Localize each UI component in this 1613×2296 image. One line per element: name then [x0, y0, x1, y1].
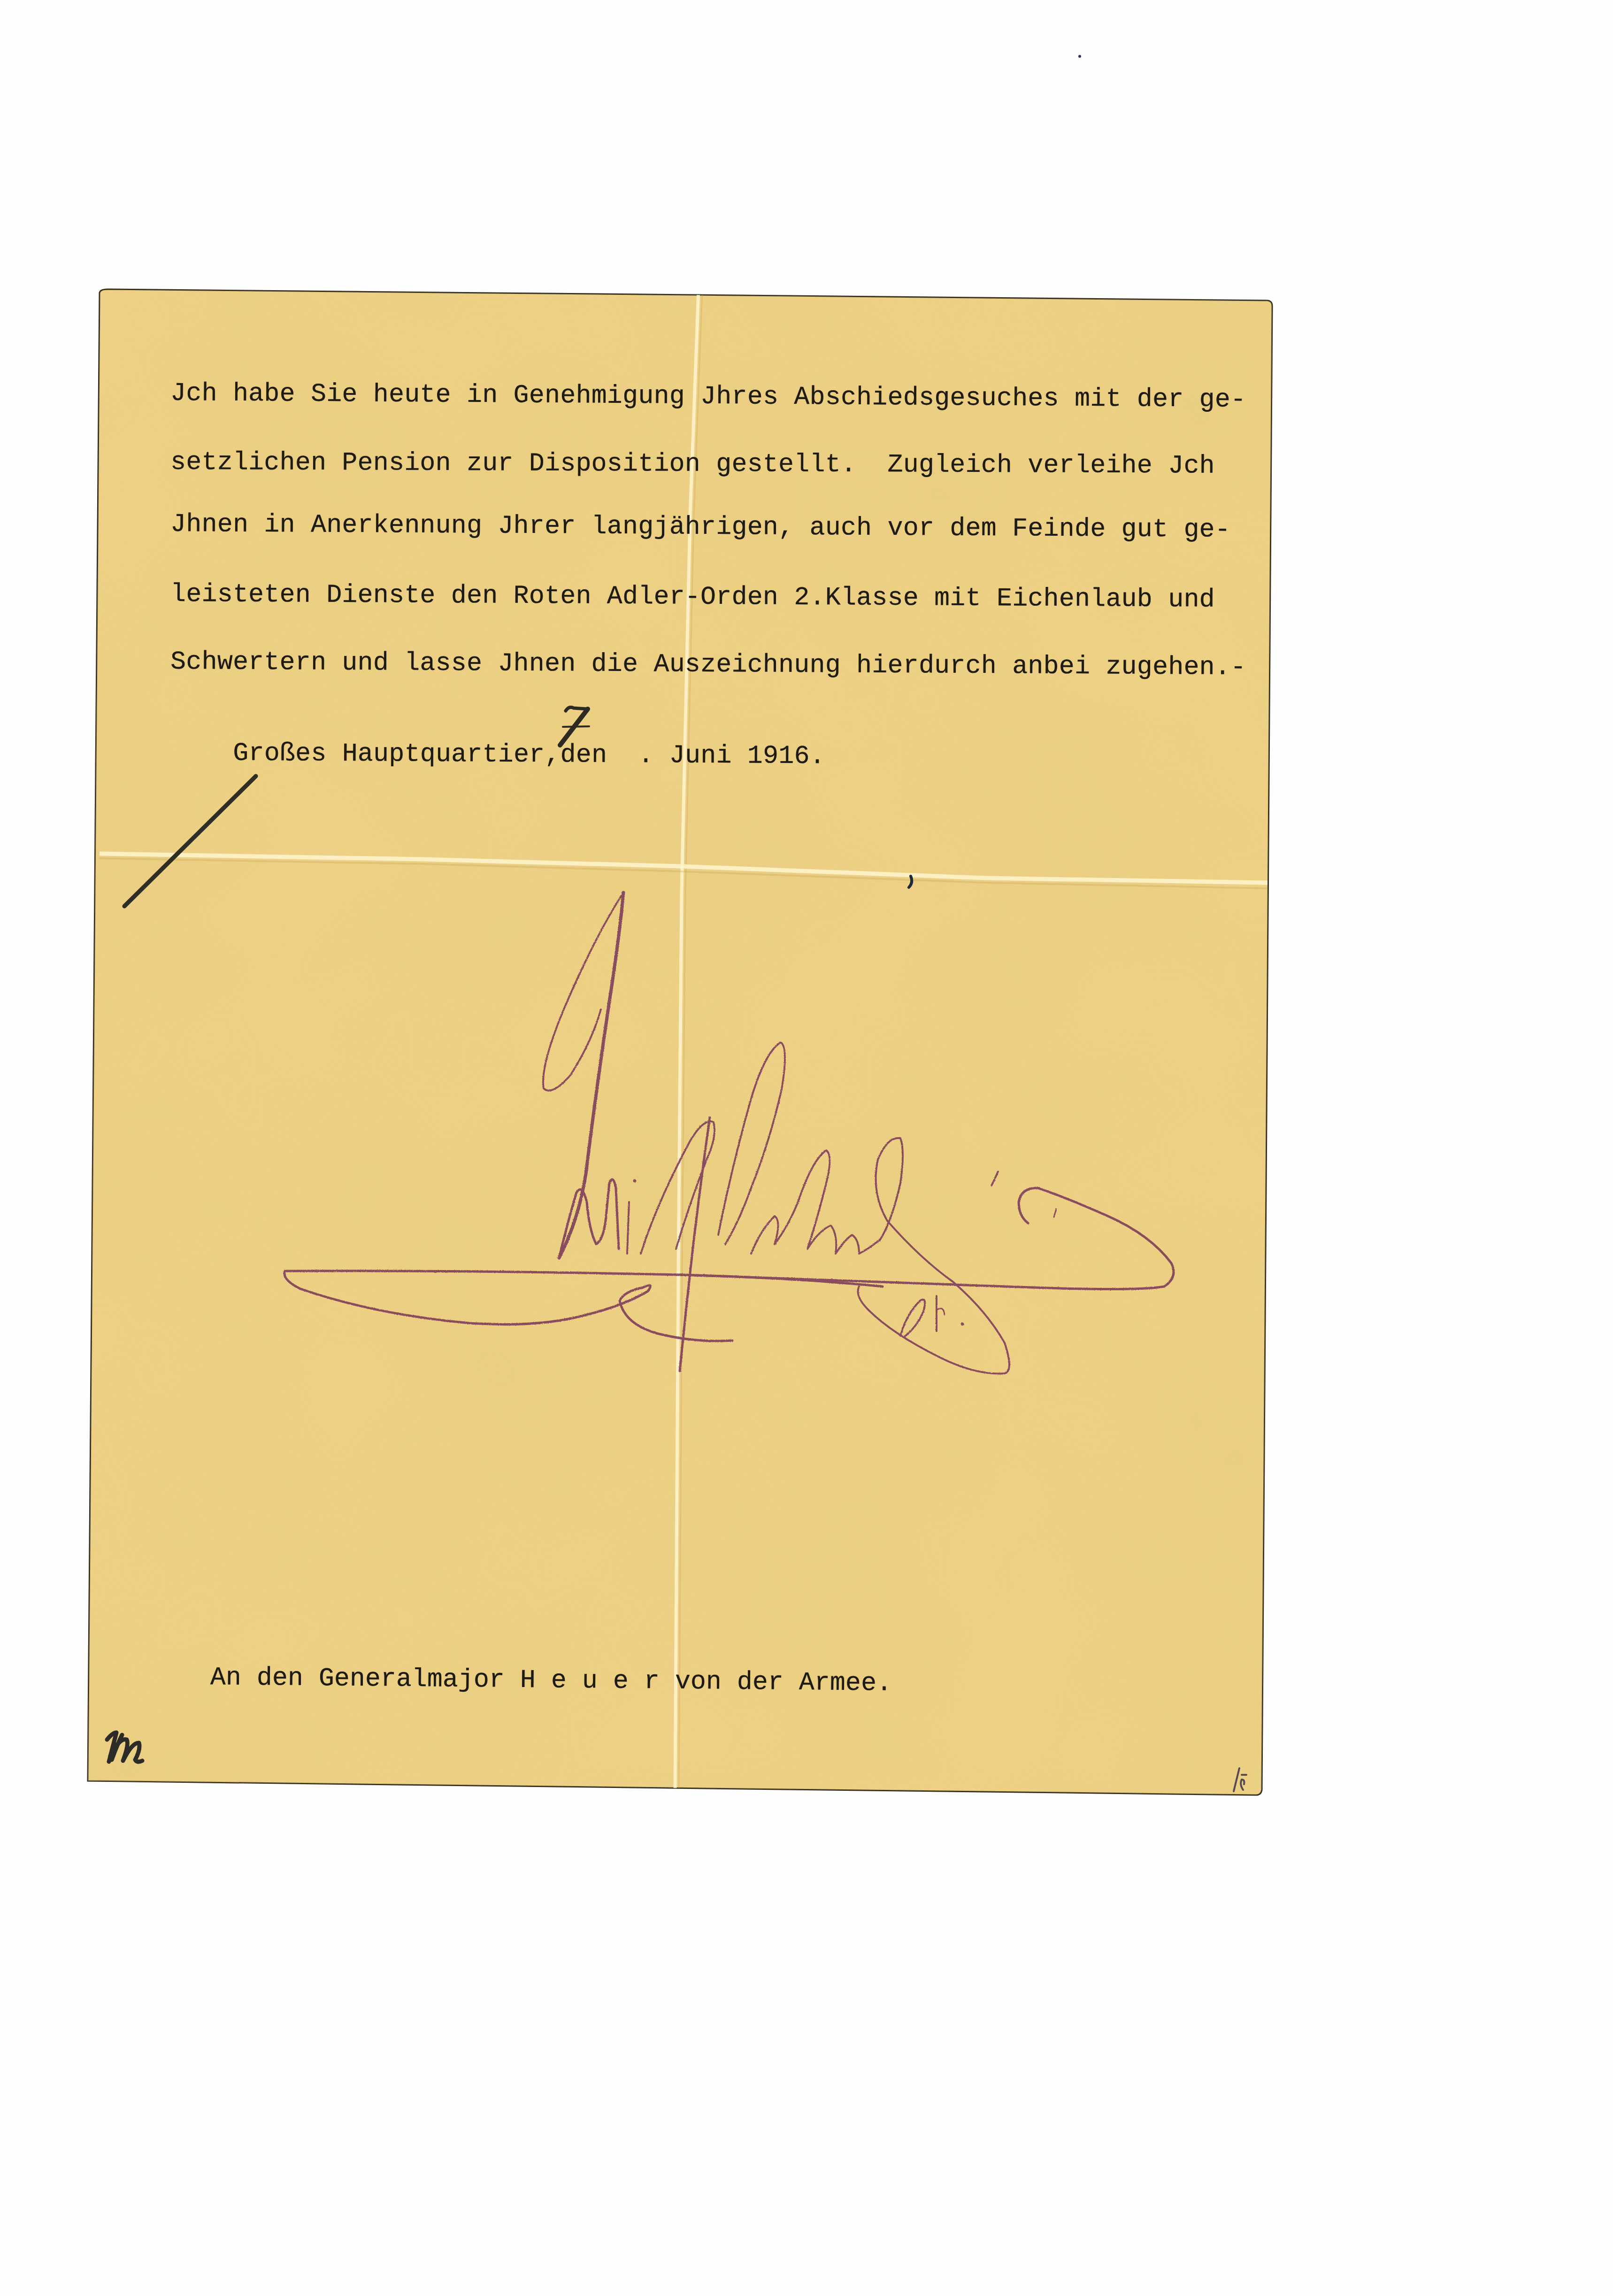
letter-sheet: Jch habe Sie heute in Genehmigung Jhres … [0, 0, 1613, 2296]
body-line-1: Jch habe Sie heute in Genehmigung Jhres … [170, 379, 1246, 414]
body-line-2: setzlichen Pension zur Disposition geste… [170, 448, 1215, 480]
date-place: Großes Hauptquartier,den [233, 739, 622, 770]
body-line-3: Jhnen in Anerkennung Jhrer langjährigen,… [170, 510, 1230, 544]
date-month-year: . Juni 1916. [638, 740, 825, 771]
address-line: An den Generalmajor H e u e r von der Ar… [148, 1635, 892, 1726]
address-prefix: An den Generalmajor [210, 1663, 521, 1695]
body-line-4: leisteten Dienste den Roten Adler-Orden … [170, 580, 1215, 614]
recipient-name: H e u e r [520, 1665, 660, 1696]
date-line: Großes Hauptquartier,den . Juni 1916. [170, 711, 825, 799]
address-suffix: von der Armee. [660, 1667, 892, 1698]
paper-background [0, 0, 1613, 2296]
body-line-5: Schwertern und lasse Jhnen die Auszeichn… [170, 648, 1246, 682]
